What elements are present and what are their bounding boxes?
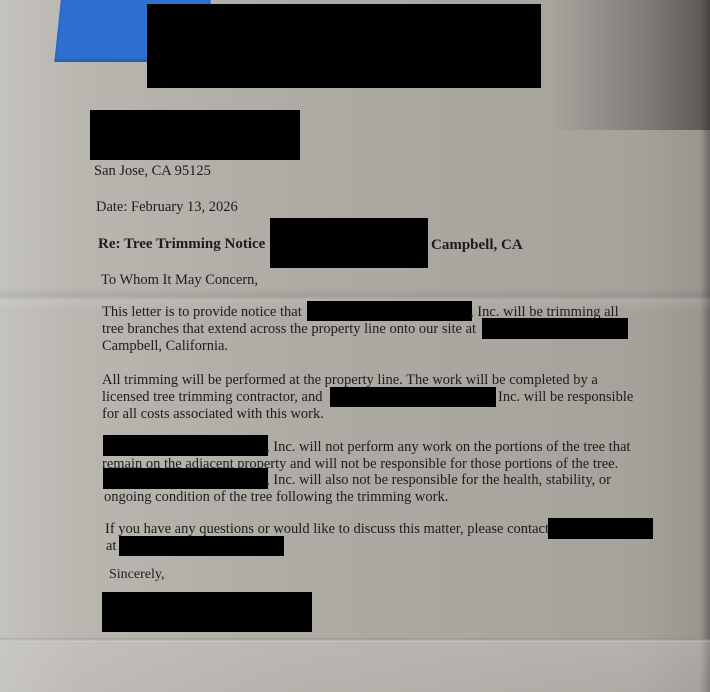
redacted-company-name-2 [330, 387, 496, 407]
redacted-contact-info [119, 536, 284, 556]
p3-line3-end: , Inc. will also not be responsible for … [266, 472, 611, 488]
subject-prefix: Re: Tree Trimming Notice [98, 236, 265, 252]
edge-shadow [550, 0, 710, 130]
p2-line3: for all costs associated with this work. [102, 406, 324, 422]
redacted-company-name [307, 301, 472, 321]
redacted-company-name-4 [103, 468, 268, 489]
date-line: Date: February 13, 2026 [96, 199, 238, 215]
p3-line4: ongoing condition of the tree following … [104, 489, 448, 505]
p1-line3: Campbell, California. [102, 338, 228, 354]
p4-line1-start: If you have any questions or would like … [105, 521, 549, 537]
paper-fold-crease [0, 638, 710, 642]
subject-suffix: Campbell, CA [431, 237, 523, 253]
redacted-subject-address [270, 218, 428, 268]
closing: Sincerely, [109, 567, 164, 583]
p4-line2-start: at [106, 538, 116, 554]
p1-line1-start: This letter is to provide notice that [102, 304, 302, 320]
p2-line2-end: Inc. will be responsible [498, 389, 633, 405]
redacted-contact-name [548, 518, 653, 539]
p2-line2-start: licensed tree trimming contractor, and [102, 389, 322, 405]
redacted-letterhead [147, 4, 541, 88]
p3-line1-end: , Inc. will not perform any work on the … [266, 439, 630, 455]
p1-line2: tree branches that extend across the pro… [102, 321, 476, 337]
redacted-sender-name-address [90, 110, 300, 160]
p2-line1: All trimming will be performed at the pr… [102, 372, 598, 388]
redacted-signature [102, 592, 312, 632]
redacted-site-address [482, 318, 628, 339]
sender-city-line: San Jose, CA 95125 [94, 163, 211, 179]
salutation: To Whom It May Concern, [101, 272, 258, 288]
redacted-company-name-3 [103, 435, 268, 456]
